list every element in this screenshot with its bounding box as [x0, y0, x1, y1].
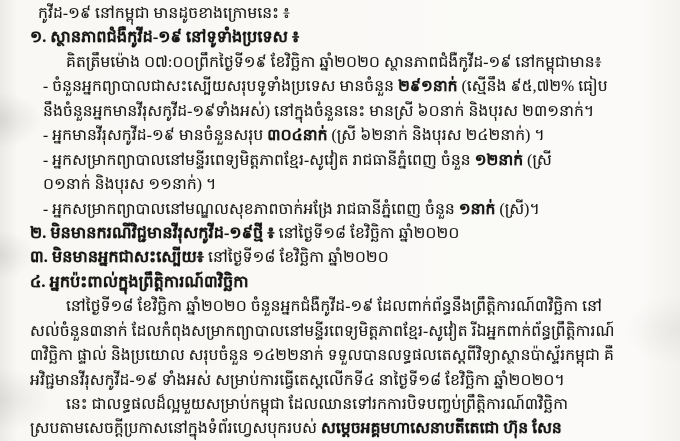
document-line: នឹងចំនួនអ្នកមានវីរុសកូវីដ-១៩ទាំងអស់) នៅក…: [30, 100, 654, 124]
document-line: ០១នាក់ និងបុរស ១១នាក់) ។: [30, 173, 654, 197]
document-line: នៅថ្ងៃទី១៨ ខែវិច្ឆិកា ឆ្នាំ២០២០ ចំនួនអ្ន…: [30, 295, 654, 319]
text-segment: - អ្នកមានវីរុសកូវីដ-១៩ មានចំនួនសរុប: [43, 127, 267, 144]
text-segment: ០១នាក់ និងបុរស ១១នាក់) ។: [43, 176, 216, 193]
bold-text-segment: ៤. អ្នកប៉ះពាល់ក្នុងព្រឹត្តិការណ៍៣វិច្ឆិក…: [30, 274, 249, 291]
document-line: ស្របតាមសេចក្តីប្រកាសនៅក្នុងទំព័រហ្វេសបុក…: [30, 417, 654, 441]
document-line: អវិជ្ជមានវីរុសកូវីដ-១៩ ទាំងអស់ សម្រាប់កា…: [30, 369, 654, 393]
text-segment: គិតត្រឹមម៉ោង ០៧:០០ព្រឹកថ្ងៃទី១៩ ខែវិច្ឆិ…: [66, 54, 602, 71]
bold-text-segment: ១នាក់: [459, 201, 496, 218]
document-line: ៣វិច្ឆិកា ផ្ទាល់ និងប្រយោល សរុបចំនួន ១៤២…: [30, 344, 654, 368]
document-line: - ចំនួនអ្នកព្យាបាលជាសះស្បើយសរុបទូទាំងប្រ…: [30, 75, 654, 99]
text-segment: (ស្រី ៦២នាក់ និងបុរស ២៤២នាក់) ។: [328, 127, 545, 144]
text-segment: (ស្រី)។: [495, 201, 539, 218]
text-segment: នៅថ្ងៃទី១៨ ខែវិច្ឆិកា ឆ្នាំ២០២០ ចំនួនអ្ន…: [66, 298, 602, 315]
bold-text-segment: ៣០៤នាក់: [267, 127, 327, 144]
document-line: - អ្នកសម្រាកព្យាបាលនៅមន្ទីរពេទ្យមិត្តភាព…: [30, 149, 654, 173]
section-heading: ៤. អ្នកប៉ះពាល់ក្នុងព្រឹត្តិការណ៍៣វិច្ឆិក…: [30, 271, 654, 295]
document-page: កូវីដ-១៩ នៅកម្ពុជា មានដូចខាងក្រោមនេះ ៖១.…: [0, 0, 680, 441]
bold-text-segment: សម្តេចអគ្គមហាសេនាបតីតេជោ ហ៊ុន សែន: [321, 420, 562, 437]
document-line: គិតត្រឹមម៉ោង ០៧:០០ព្រឹកថ្ងៃទី១៩ ខែវិច្ឆិ…: [30, 51, 654, 75]
text-segment: អវិជ្ជមានវីរុសកូវីដ-១៩ ទាំងអស់ សម្រាប់កា…: [30, 372, 565, 389]
bold-text-segment: ៣. មិនមានអ្នកជាសះស្បើយ៖: [30, 249, 208, 266]
document-body: កូវីដ-១៩ នៅកម្ពុជា មានដូចខាងក្រោមនេះ ៖១.…: [30, 2, 654, 441]
section-heading: ២. មិនមានករណីវិជ្ជមានវីរុសកូវីដ-១៩ថ្មី ៖…: [30, 222, 654, 246]
text-segment: (ស្រី: [523, 152, 552, 169]
text-segment: - ចំនួនអ្នកព្យាបាលជាសះស្បើយសរុបទូទាំងប្រ…: [43, 78, 398, 95]
text-segment: កូវីដ-១៩ នៅកម្ពុជា មានដូចខាងក្រោមនេះ ៖: [38, 5, 290, 22]
document-line: សល់ចំនួន៣នាក់ ដែលកំពុងសម្រាកព្យាបាលនៅមន្…: [30, 320, 654, 344]
text-segment: ៣វិច្ឆិកា ផ្ទាល់ និងប្រយោល សរុបចំនួន ១៤២…: [30, 347, 614, 364]
bold-text-segment: ១. ស្ថានភាពជំងឺកូវីដ-១៩ នៅទូទាំងប្រទេស ៖: [30, 29, 299, 46]
text-segment: សល់ចំនួន៣នាក់ ដែលកំពុងសម្រាកព្យាបាលនៅមន្…: [30, 323, 615, 340]
document-line: កូវីដ-១៩ នៅកម្ពុជា មានដូចខាងក្រោមនេះ ៖: [30, 2, 654, 26]
text-segment: នៅថ្ងៃទី១៨ ខែវិច្ឆិកា ឆ្នាំ២០២០: [279, 225, 460, 242]
document-line: - អ្នកសម្រាកព្យាបាលនៅមណ្ឌលសុខភាពចាក់អង្រ…: [30, 198, 654, 222]
bold-text-segment: ១២នាក់: [475, 152, 523, 169]
text-segment: - អ្នកសម្រាកព្យាបាលនៅមន្ទីរពេទ្យមិត្តភាព…: [43, 152, 475, 169]
text-segment: នេះ ជាលទ្ធផលដ៏ល្អមួយសម្រាប់កម្ពុជា ដែលឈា…: [66, 396, 568, 413]
bold-text-segment: ២៩១នាក់: [398, 78, 458, 95]
section-heading: ៣. មិនមានអ្នកជាសះស្បើយ៖ នៅថ្ងៃទី១៨ ខែវិច…: [30, 246, 654, 270]
section-heading: ១. ស្ថានភាពជំងឺកូវីដ-១៩ នៅទូទាំងប្រទេស ៖: [30, 26, 654, 50]
text-segment: នឹងចំនួនអ្នកមានវីរុសកូវីដ-១៩ទាំងអស់) នៅក…: [43, 103, 594, 120]
text-segment: នៅថ្ងៃទី១៨ ខែវិច្ឆិកា ឆ្នាំ២០២០: [208, 249, 389, 266]
document-line: នេះ ជាលទ្ធផលដ៏ល្អមួយសម្រាប់កម្ពុជា ដែលឈា…: [30, 393, 654, 417]
document-line: - អ្នកមានវីរុសកូវីដ-១៩ មានចំនួនសរុប ៣០៤ន…: [30, 124, 654, 148]
text-segment: ស្របតាមសេចក្តីប្រកាសនៅក្នុងទំព័រហ្វេសបុក…: [30, 420, 321, 437]
bold-text-segment: ២. មិនមានករណីវិជ្ជមានវីរុសកូវីដ-១៩ថ្មី ៖: [30, 225, 279, 242]
text-segment: - អ្នកសម្រាកព្យាបាលនៅមណ្ឌលសុខភាពចាក់អង្រ…: [43, 201, 459, 218]
text-segment: (ស្មើនឹង ៩៥,៧២% ធៀប: [458, 78, 608, 95]
